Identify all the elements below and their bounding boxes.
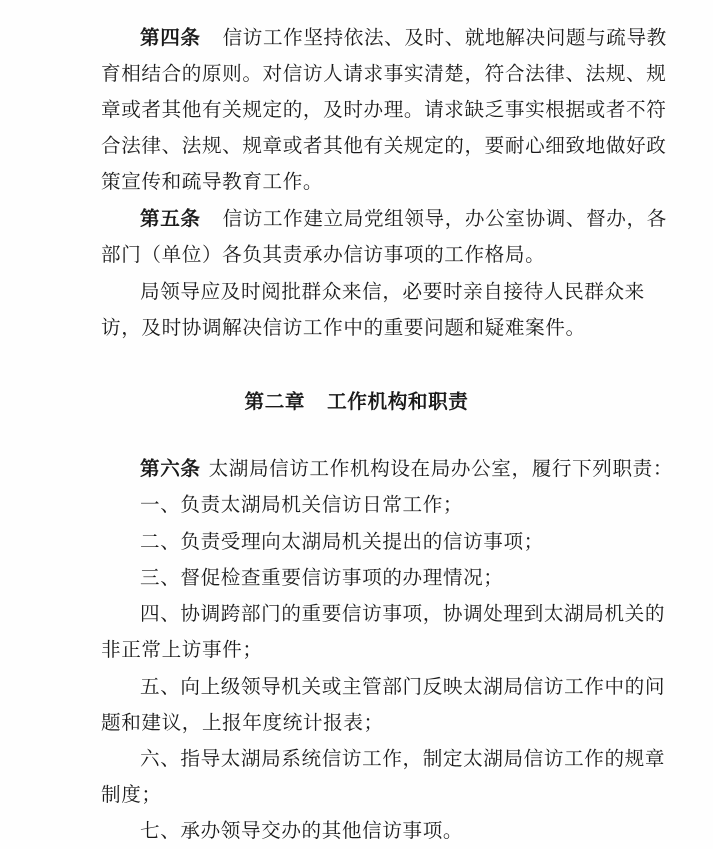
duty-item-5-cont: 题和建议，上报年度统计报表；	[101, 711, 631, 735]
duty-item-4: 四、协调跨部门的重要信访事项，协调处理到太湖局机关的	[140, 602, 630, 626]
article6-line: 第六条太湖局信访工作机构设在局办公室，履行下列职责：	[140, 457, 630, 481]
chapter-heading: 第二章工作机构和职责	[0, 385, 713, 414]
chapter-number: 第二章	[245, 390, 306, 413]
duty-item-7: 七、承办领导交办的其他信访事项。	[140, 819, 630, 843]
duty-item-6-cont: 制度；	[101, 783, 631, 807]
document-page: 第四条信访工作坚持依法、及时、就地解决问题与疏导教 育相结合的原则。对信访人请求…	[0, 0, 713, 849]
article5-para2-line-1: 局领导应及时阅批群众来信，必要时亲自接待人民群众来	[140, 280, 630, 304]
duty-item-5: 五、向上级领导机关或主管部门反映太湖局信访工作中的问	[140, 675, 630, 699]
article4-line-4: 合法律、法规、规章或者其他有关规定的，要耐心细致地做好政	[101, 134, 631, 158]
article4-label: 第四条	[140, 26, 201, 49]
duty-item-2: 二、负责受理向太湖局机关提出的信访事项；	[140, 530, 630, 554]
chapter-title: 工作机构和职责	[327, 390, 468, 413]
duty-item-1: 一、负责太湖局机关信访日常工作；	[140, 493, 630, 517]
duty-item-6: 六、指导太湖局系统信访工作，制定太湖局信访工作的规章	[140, 747, 630, 771]
duty-item-4-cont: 非正常上访事件；	[101, 638, 631, 662]
article5-line-2: 部门（单位）各负其责承办信访事项的工作格局。	[101, 243, 631, 267]
article5-line-1: 第五条信访工作建立局党组领导，办公室协调、督办，各	[140, 207, 630, 231]
article4-line-3: 章或者其他有关规定的，及时办理。请求缺乏事实根据或者不符	[101, 98, 631, 122]
article5-label: 第五条	[140, 207, 201, 230]
article4-line-1: 第四条信访工作坚持依法、及时、就地解决问题与疏导教	[140, 26, 630, 50]
article4-line-5: 策宣传和疏导教育工作。	[101, 170, 631, 194]
article4-line-2: 育相结合的原则。对信访人请求事实清楚，符合法律、法规、规	[101, 62, 631, 86]
article5-para2-line-2: 访，及时协调解决信访工作中的重要问题和疑难案件。	[101, 316, 631, 340]
article6-label: 第六条	[140, 457, 201, 480]
duty-item-3: 三、督促检查重要信访事项的办理情况；	[140, 566, 630, 590]
